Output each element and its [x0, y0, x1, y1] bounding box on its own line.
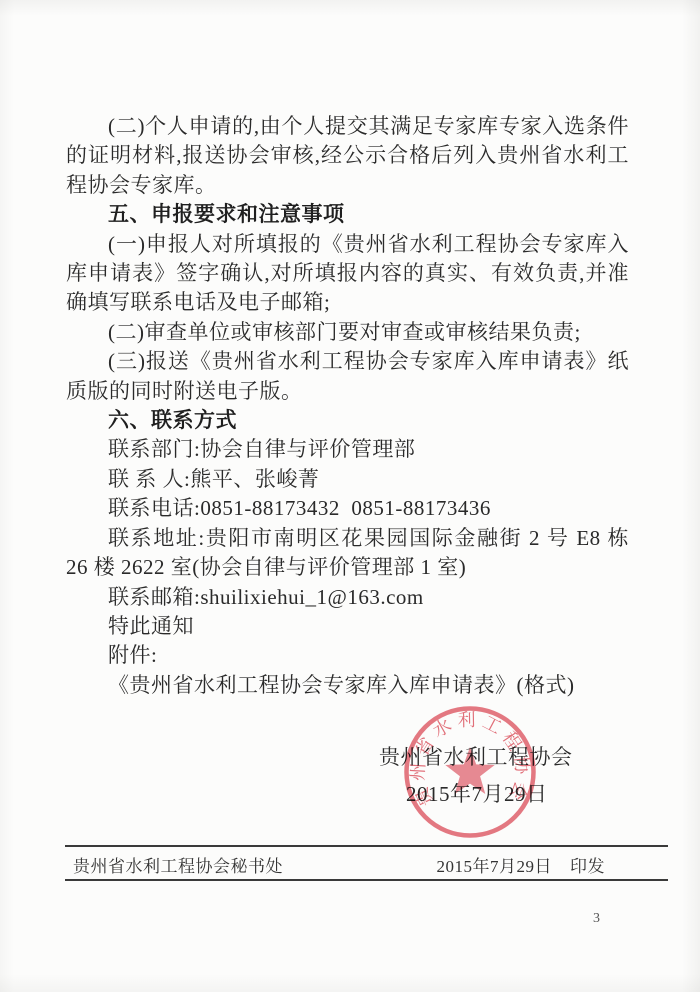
official-seal: 贵州省水利工程协会 — [397, 700, 543, 846]
line-hereby-notice: 特此通知 — [66, 612, 629, 641]
footer-issuer: 贵州省水利工程协会秘书处 — [73, 852, 283, 877]
line-attachment-label: 附件: — [66, 641, 629, 670]
line-contact-department: 联系部门:协会自律与评价管理部 — [66, 435, 629, 464]
page-number: 3 — [593, 911, 600, 927]
footer-rule-bottom — [65, 879, 668, 881]
line-contact-phone: 联系电话:0851-88173432 0851-88173436 — [66, 494, 629, 523]
heading-section-6: 六、联系方式 — [66, 406, 629, 435]
footer: 贵州省水利工程协会秘书处 2015年7月29日 印发 — [65, 852, 668, 877]
line-contact-address: 联系地址:贵阳市南明区花果园国际金融街 2 号 E8 栋 26 楼 2622 室… — [66, 524, 629, 583]
footer-action: 印发 — [570, 852, 605, 877]
paragraph-requirement-3: (三)报送《贵州省水利工程协会专家库入库申请表》纸质版的同时附送电子版。 — [66, 347, 629, 406]
paragraph-requirement-1: (一)申报人对所填报的《贵州省水利工程协会专家库入库申请表》签字确认,对所填报内… — [66, 230, 629, 318]
paragraph-requirement-2: (二)审查单位或审核部门要对审查或审核结果负责; — [66, 318, 629, 347]
line-attachment-title: 《贵州省水利工程协会专家库入库申请表》(格式) — [66, 671, 629, 700]
line-contact-email: 联系邮箱:shuilixiehui_1@163.com — [66, 583, 629, 612]
footer-rule-top — [65, 845, 668, 847]
line-contact-person: 联 系 人:熊平、张峻菁 — [66, 465, 629, 494]
paragraph-individual-application: (二)个人申请的,由个人提交其满足专家库专家入选条件的证明材料,报送协会审核,经… — [66, 112, 629, 200]
footer-date: 2015年7月29日 — [437, 852, 553, 877]
scanned-notice-page: (二)个人申请的,由个人提交其满足专家库专家入选条件的证明材料,报送协会审核,经… — [0, 0, 700, 992]
document-body: (二)个人申请的,由个人提交其满足专家库专家入选条件的证明材料,报送协会审核,经… — [66, 112, 629, 700]
seal-star-icon — [445, 747, 494, 794]
heading-section-5: 五、申报要求和注意事项 — [66, 200, 629, 229]
